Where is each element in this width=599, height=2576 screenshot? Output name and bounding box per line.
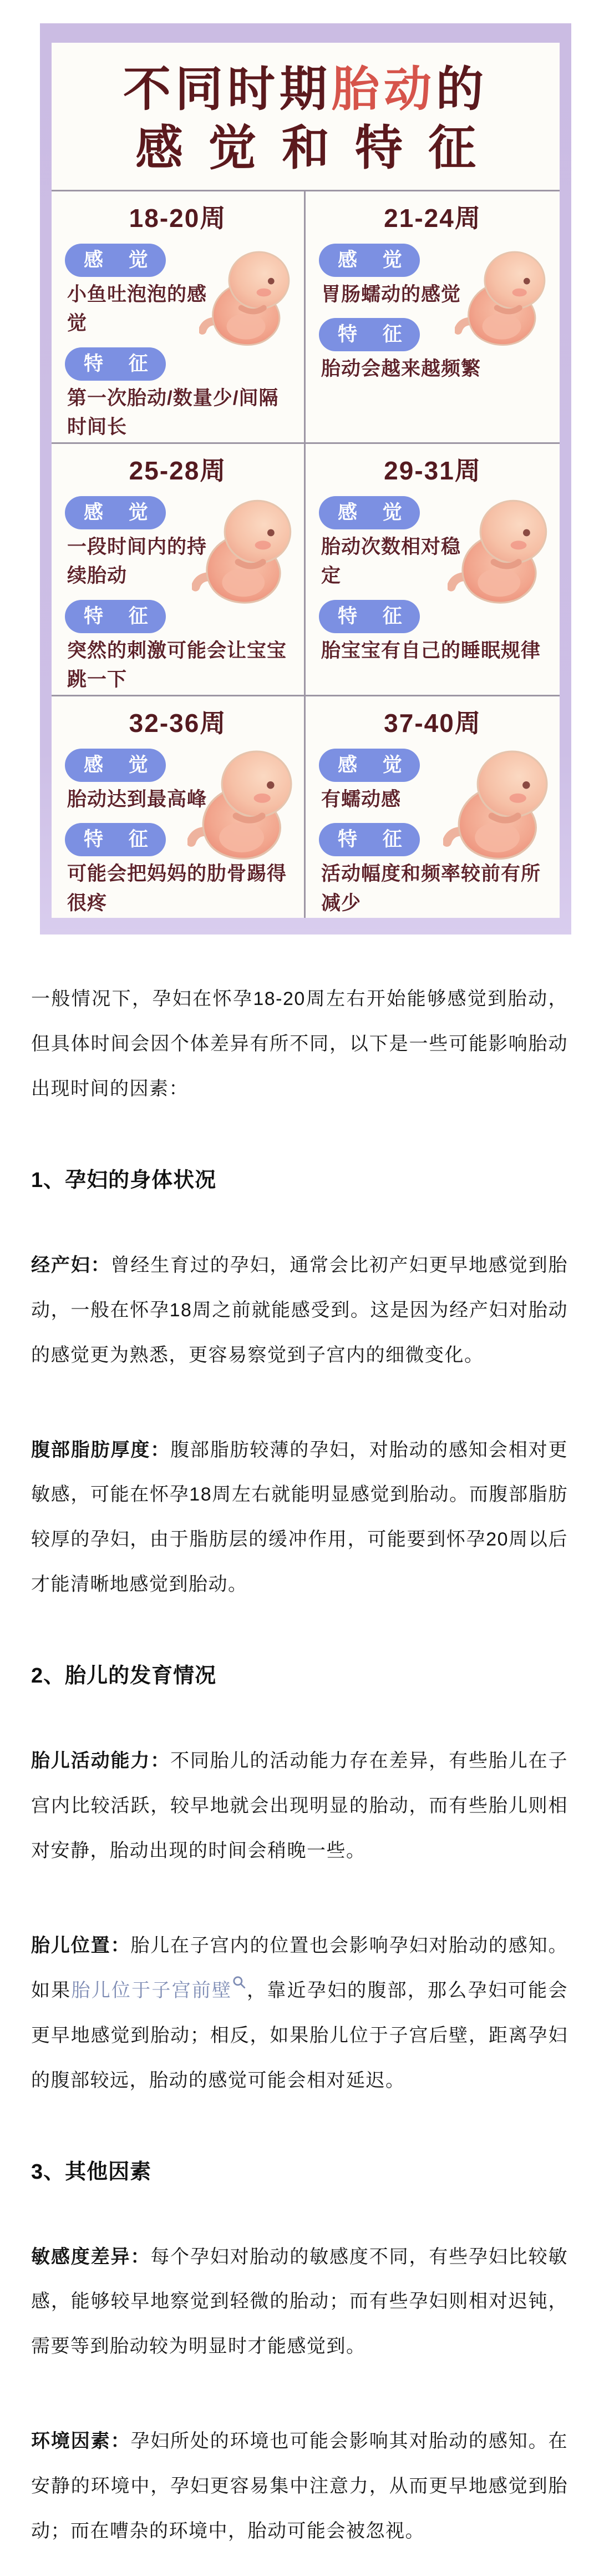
- factor-paragraph: 经产妇：曾经生育过的孕妇，通常会比初产妇更早地感觉到胎动，一般在怀孕18周之前就…: [31, 1243, 568, 1378]
- trait-text: 可能会把妈妈的肋骨踢得很疼: [52, 860, 304, 918]
- feel-badge: 感 觉: [65, 496, 166, 529]
- infographic-title: 不同时期胎动的 感觉和特征: [52, 43, 560, 190]
- trait-badge: 特 征: [65, 347, 166, 381]
- title-line-2: 感觉和特征: [52, 122, 560, 175]
- feel-text: 胎动次数相对稳定: [306, 533, 560, 591]
- paragraph-text: 曾经生育过的孕妇，通常会比初产妇更早地感觉到胎动，一般在怀孕18周之前就能感受到…: [31, 1255, 568, 1366]
- factor-label: 环境因素：: [31, 2431, 130, 2452]
- article-section: 1、孕妇的身体状况 经产妇：曾经生育过的孕妇，通常会比初产妇更早地感觉到胎动，一…: [31, 1163, 568, 1607]
- factor-label: 腹部脂肪厚度：: [31, 1439, 170, 1461]
- intro-paragraph: 一般情况下，孕妇在怀孕18-20周左右开始能够感觉到胎动，但具体时间会因个体差异…: [31, 977, 568, 1112]
- trait-text: 第一次胎动/数量少/间隔时间长: [52, 384, 304, 442]
- stage-panel: 29-31周 感 觉 胎动次数相对稳定 特 征 胎宝宝有自己的睡眠规律: [306, 444, 560, 696]
- feel-badge: 感 觉: [319, 749, 420, 782]
- factor-paragraph: 胎儿活动能力：不同胎儿的活动能力存在差异，有些胎儿在子宫内比较活跃，较早地就会出…: [31, 1739, 568, 1873]
- weeks-title: 25-28周: [52, 444, 304, 487]
- feel-badge: 感 觉: [319, 496, 420, 529]
- stage-panel: 37-40周 感 觉 有蠕动感 特 征 活动幅度和频率较前有所减少: [306, 696, 560, 918]
- stage-panel: 21-24周 感 觉 胃肠蠕动的感觉 特 征 胎动会越来越频繁: [306, 191, 560, 444]
- factor-paragraph: 敏感度差异：每个孕妇对胎动的敏感度不同，有些孕妇比较敏感，能够较早地察觉到轻微的…: [31, 2235, 568, 2370]
- feel-text: 小鱼吐泡泡的感觉: [52, 280, 304, 339]
- feel-text: 有蠕动感: [306, 785, 560, 815]
- title-post: 的: [436, 63, 488, 116]
- title-pre: 不同时期: [123, 63, 332, 116]
- infographic: 不同时期胎动的 感觉和特征 18-20周 感 觉 小鱼吐泡泡的感觉 特 征 第一…: [40, 23, 571, 935]
- factor-paragraph: 腹部脂肪厚度：腹部脂肪较薄的孕妇，对胎动的感知会相对更敏感，可能在怀孕18周左右…: [31, 1428, 568, 1608]
- stage-panel: 32-36周 感 觉 胎动达到最高峰 特 征 可能会把妈妈的肋骨踢得很疼: [52, 696, 306, 918]
- feel-badge: 感 觉: [319, 244, 420, 277]
- factor-label: 经产妇：: [31, 1255, 110, 1276]
- trait-text: 胎动会越来越频繁: [306, 355, 560, 384]
- title-line-1: 不同时期胎动的: [52, 63, 560, 116]
- trait-badge: 特 征: [319, 600, 420, 633]
- section-heading: 1、孕妇的身体状况: [31, 1163, 568, 1193]
- feel-badge: 感 觉: [65, 749, 166, 782]
- trait-badge: 特 征: [319, 823, 420, 856]
- infographic-card: 不同时期胎动的 感觉和特征 18-20周 感 觉 小鱼吐泡泡的感觉 特 征 第一…: [52, 43, 560, 918]
- trait-badge: 特 征: [65, 600, 166, 633]
- trait-text: 活动幅度和频率较前有所减少: [306, 860, 560, 918]
- weeks-title: 18-20周: [52, 191, 304, 235]
- trait-text: 突然的刺激可能会让宝宝跳一下: [52, 637, 304, 695]
- section-paragraphs: 敏感度差异：每个孕妇对胎动的敏感度不同，有些孕妇比较敏感，能够较早地察觉到轻微的…: [31, 2235, 568, 2554]
- section-paragraphs: 经产妇：曾经生育过的孕妇，通常会比初产妇更早地感觉到胎动，一般在怀孕18周之前就…: [31, 1243, 568, 1607]
- page: 不同时期胎动的 感觉和特征 18-20周 感 觉 小鱼吐泡泡的感觉 特 征 第一…: [0, 0, 599, 2576]
- article-section: 3、其他因素 敏感度差异：每个孕妇对胎动的敏感度不同，有些孕妇比较敏感，能够较早…: [31, 2154, 568, 2554]
- factor-label: 胎儿位置：: [31, 1935, 130, 1956]
- article-body: 一般情况下，孕妇在怀孕18-20周左右开始能够感觉到胎动，但具体时间会因个体差异…: [0, 935, 599, 2576]
- feel-badge: 感 觉: [65, 244, 166, 277]
- factor-paragraph: 胎儿位置：胎儿在子宫内的位置也会影响孕妇对胎动的感知。如果胎儿位于子宫前壁，靠近…: [31, 1923, 568, 2103]
- feel-text: 胎动达到最高峰: [52, 785, 304, 815]
- section-heading: 2、胎儿的发育情况: [31, 1658, 568, 1689]
- article-section: 2、胎儿的发育情况 胎儿活动能力：不同胎儿的活动能力存在差异，有些胎儿在子宫内比…: [31, 1658, 568, 2103]
- feel-text: 一段时间内的持续胎动: [52, 533, 304, 591]
- term-link[interactable]: 胎儿位于子宫前壁: [71, 1980, 232, 2001]
- sections: 1、孕妇的身体状况 经产妇：曾经生育过的孕妇，通常会比初产妇更早地感觉到胎动，一…: [31, 1163, 568, 2554]
- trait-badge: 特 征: [319, 318, 420, 351]
- title-highlight: 胎动: [332, 63, 436, 116]
- feel-text: 胃肠蠕动的感觉: [306, 280, 560, 310]
- factor-label: 敏感度差异：: [31, 2246, 150, 2267]
- weeks-title: 32-36周: [52, 696, 304, 740]
- factor-paragraph: 环境因素：孕妇所处的环境也可能会影响其对胎动的感知。在安静的环境中，孕妇更容易集…: [31, 2419, 568, 2554]
- section-heading: 3、其他因素: [31, 2154, 568, 2185]
- factor-label: 胎儿活动能力：: [31, 1750, 170, 1771]
- section-paragraphs: 胎儿活动能力：不同胎儿的活动能力存在差异，有些胎儿在子宫内比较活跃，较早地就会出…: [31, 1739, 568, 2103]
- stage-grid: 18-20周 感 觉 小鱼吐泡泡的感觉 特 征 第一次胎动/数量少/间隔时间长 …: [52, 190, 560, 918]
- weeks-title: 37-40周: [306, 696, 560, 740]
- weeks-title: 29-31周: [306, 444, 560, 487]
- search-icon[interactable]: [232, 1975, 246, 1989]
- paragraph-text: 腹部脂肪较薄的孕妇，对胎动的感知会相对更敏感，可能在怀孕18周左右就能明显感觉到…: [31, 1439, 568, 1595]
- stage-panel: 18-20周 感 觉 小鱼吐泡泡的感觉 特 征 第一次胎动/数量少/间隔时间长: [52, 191, 306, 444]
- stage-panel: 25-28周 感 觉 一段时间内的持续胎动 特 征 突然的刺激可能会让宝宝跳一下: [52, 444, 306, 696]
- weeks-title: 21-24周: [306, 191, 560, 235]
- trait-badge: 特 征: [65, 823, 166, 856]
- trait-text: 胎宝宝有自己的睡眠规律: [306, 637, 560, 666]
